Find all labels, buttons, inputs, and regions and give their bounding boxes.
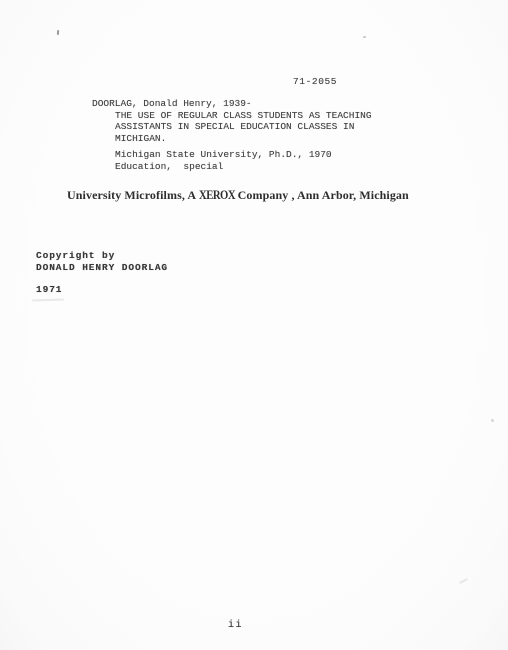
imprint-suffix: Company , Ann Arbor, Michigan — [235, 188, 409, 202]
copyright-holder-name: DONALD HENRY DOORLAG — [36, 262, 168, 273]
scan-speck-top-right — [363, 36, 366, 38]
xerox-brand-logotype: XEROX — [199, 187, 235, 203]
citation-subject-line: Education, special — [115, 161, 223, 173]
citation-author-line: DOORLAG, Donald Henry, 1939- — [92, 98, 252, 110]
copyright-block: Copyright by DONALD HENRY DOORLAG — [36, 250, 168, 273]
citation-title-line-1: THE USE OF REGULAR CLASS STUDENTS AS TEA… — [115, 110, 372, 121]
publisher-imprint-line: University Microfilms, A XEROX Company ,… — [67, 187, 409, 203]
scan-speck-right-middle — [491, 419, 494, 422]
scan-smudge-bottom-right — [459, 578, 468, 584]
imprint-prefix: University Microfilms, A — [67, 188, 199, 202]
scan-speck-top-left — [57, 30, 59, 35]
order-number: 71-2055 — [293, 76, 337, 88]
scan-smudge-below-year — [32, 298, 64, 301]
copyright-year: 1971 — [36, 284, 62, 296]
citation-title-block: THE USE OF REGULAR CLASS STUDENTS AS TEA… — [115, 110, 372, 145]
citation-title-line-3: MICHIGAN. — [115, 133, 166, 144]
citation-title-line-2: ASSISTANTS IN SPECIAL EDUCATION CLASSES … — [115, 121, 354, 132]
citation-institution-line: Michigan State University, Ph.D., 1970 — [115, 149, 332, 161]
scanned-document-page: 71-2055 DOORLAG, Donald Henry, 1939- THE… — [0, 0, 508, 650]
page-number-folio: ii — [228, 620, 243, 632]
copyright-by-line: Copyright by — [36, 250, 115, 261]
